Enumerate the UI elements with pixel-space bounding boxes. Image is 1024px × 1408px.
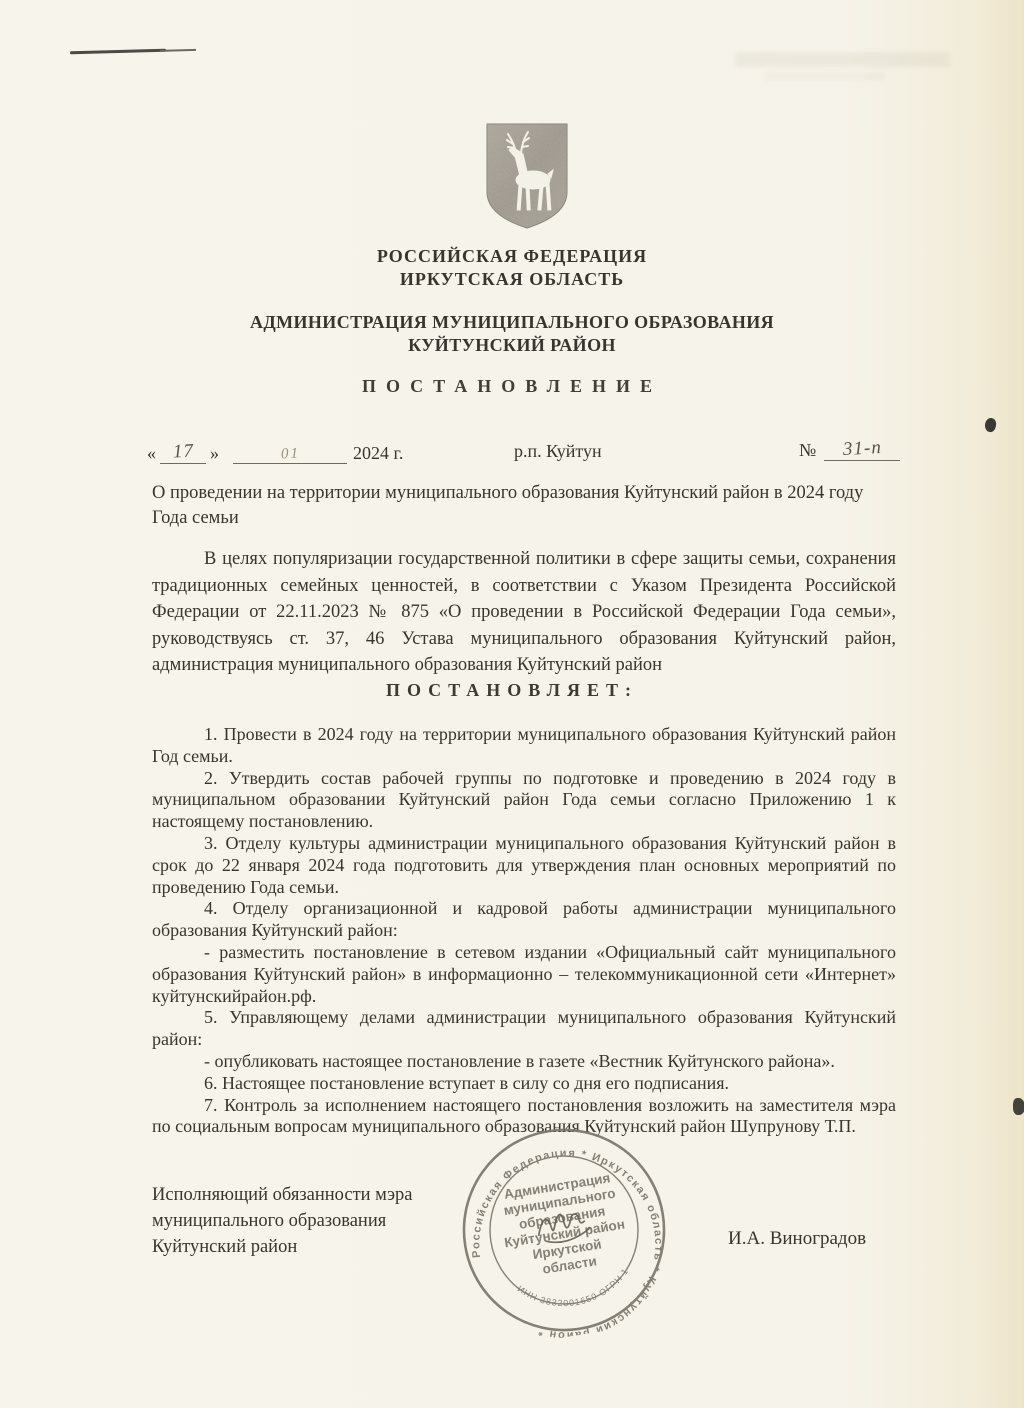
item-3: 3. Отделу культуры администрации муницип… [152,833,896,898]
dateline: «17»012024 г. р.п. Куйтун №31-п [0,438,1024,472]
scan-artifact-dot [984,417,998,433]
handwritten-month: 01 [280,446,300,464]
signatory-title: Исполняющий обязанности мэра муниципальн… [152,1182,413,1260]
header-organization: АДМИНИСТРАЦИЯ МУНИЦИПАЛЬНОГО ОБРАЗОВАНИЯ… [0,311,1024,357]
close-quote: » [210,443,219,463]
subject-paragraph: О проведении на территории муниципальног… [152,481,902,531]
org-line-1: АДМИНИСТРАЦИЯ МУНИЦИПАЛЬНОГО ОБРАЗОВАНИЯ [0,311,1024,334]
year-label: 2024 г. [353,443,403,463]
scan-artifact-ghost-text [735,52,950,67]
deer-coat-of-arms-icon [482,120,572,232]
date-field: «17»012024 г. [147,441,403,464]
scan-artifact-dash [70,49,166,55]
item-1: 1. Провести в 2024 году на территории му… [152,724,896,768]
document-type-title: ПОСТАНОВЛЕНИЕ [0,376,1024,397]
item-6: 6. Настоящее постановление вступает в си… [152,1073,896,1095]
region-line: ИРКУТСКАЯ ОБЛАСТЬ [0,268,1024,291]
resolution-heading: ПОСТАНОВЛЯЕТ: [0,680,1024,701]
official-round-stamp: Российская Федерация * Иркутская область… [443,1109,686,1352]
preamble-paragraph: В целях популяризации государственной по… [152,546,896,679]
scanned-decree-page: РОССИЙСКАЯ ФЕДЕРАЦИЯ ИРКУТСКАЯ ОБЛАСТЬ А… [0,0,1024,1408]
scan-artifact-ghost-text [765,72,885,81]
item-4: 4. Отделу организационной и кадровой раб… [152,898,896,942]
open-quote: « [147,443,156,463]
item-5-sub: - опубликовать настоящее постановление в… [152,1051,896,1073]
signatory-title-line: Куйтунский район [152,1234,413,1260]
document-number-field: №31-п [799,438,900,461]
signatory-title-line: муниципального образования [152,1208,413,1234]
number-sign: № [799,440,816,460]
scan-artifact-blob [1013,1098,1024,1115]
header-country: РОССИЙСКАЯ ФЕДЕРАЦИЯ ИРКУТСКАЯ ОБЛАСТЬ [0,245,1024,291]
place-label: р.п. Куйтун [514,441,602,462]
org-line-2: КУЙТУНСКИЙ РАЙОН [0,334,1024,357]
item-4-sub: - разместить постановление в сетевом изд… [152,942,896,1007]
handwritten-day: 17 [172,440,194,463]
handwritten-number: 31-п [842,437,882,461]
country-line: РОССИЙСКАЯ ФЕДЕРАЦИЯ [0,245,1024,268]
signatory-title-line: Исполняющий обязанности мэра [152,1182,413,1208]
signatory-name: И.А. Виноградов [728,1228,866,1250]
resolution-items: 1. Провести в 2024 году на территории му… [152,724,896,1138]
item-5: 5. Управляющему делами администрации мун… [152,1007,896,1051]
item-2: 2. Утвердить состав рабочей группы по по… [152,768,896,833]
